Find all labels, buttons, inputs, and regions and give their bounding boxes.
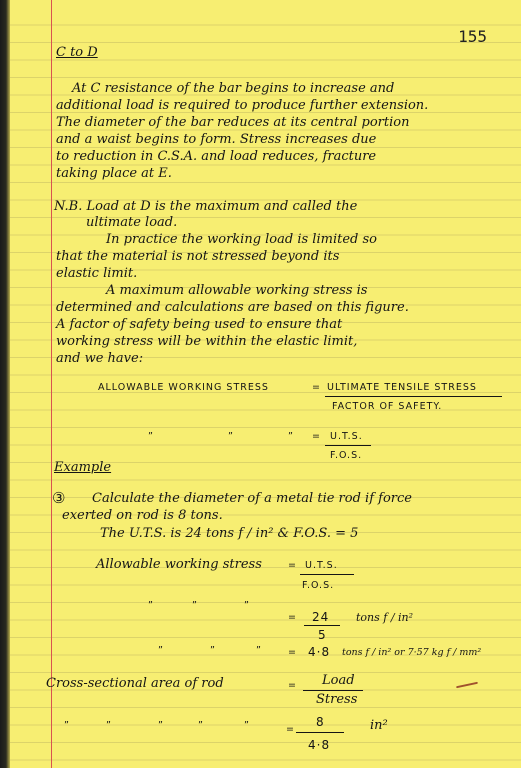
formula-numerator: ULTIMATE TENSILE STRESS: [327, 382, 477, 393]
step2-numerator: 24: [312, 610, 329, 624]
text-line: At C resistance of the bar begins to inc…: [72, 82, 394, 96]
formula-lhs: ALLOWABLE WORKING STRESS: [98, 382, 269, 393]
ditto-mark: ”: [256, 645, 262, 656]
text-line: ultimate load.: [86, 216, 177, 230]
text-line: and we have:: [56, 352, 143, 366]
fraction-bar: [325, 396, 502, 397]
example-number: ③: [52, 491, 65, 505]
text-line: determined and calculations are based on…: [56, 301, 409, 315]
text-line: taking place at E.: [56, 167, 172, 181]
ditto-mark: ”: [158, 645, 164, 656]
ditto-mark: ”: [192, 600, 198, 611]
formula-denominator: FACTOR OF SAFETY.: [332, 401, 442, 412]
text-line: exerted on rod is 8 tons.: [62, 509, 223, 523]
step5-denominator: 4·8: [308, 738, 330, 752]
check-mark-icon: [456, 682, 478, 689]
text-line: A maximum allowable working stress is: [106, 284, 367, 298]
page-number: 155: [458, 27, 487, 46]
text-line: In practice the working load is limited …: [106, 233, 377, 247]
fraction-bar: [296, 732, 344, 733]
step1-lhs: Allowable working stress: [96, 558, 262, 572]
text-line: N.B. Load at D is the maximum and called…: [54, 200, 357, 214]
text-line: and a waist begins to form. Stress incre…: [56, 133, 376, 147]
step1-eq: =: [288, 560, 297, 571]
formula-eq: =: [312, 431, 321, 442]
step3-value: 4·8: [308, 645, 330, 659]
fraction-bar: [325, 445, 371, 446]
ditto-mark: ”: [148, 600, 154, 611]
fraction-bar: [300, 574, 354, 575]
example-heading: Example: [54, 461, 111, 475]
ditto-mark: ”: [158, 720, 164, 731]
text-line: elastic limit.: [56, 267, 137, 281]
notebook-page: 155 C to D At C resistance of the bar be…: [0, 0, 521, 768]
step3-unit: tons f / in² or 7·57 kg f / mm²: [342, 646, 481, 660]
text-line: Calculate the diameter of a metal tie ro…: [92, 492, 412, 506]
ditto-mark: ”: [244, 600, 250, 611]
ditto-mark: ”: [64, 720, 70, 731]
formula-eq: =: [312, 382, 321, 393]
section-heading: C to D: [56, 46, 98, 60]
formula-denominator: F.O.S.: [330, 450, 362, 461]
step2-unit: tons f / in²: [356, 611, 413, 625]
text-line: additional load is required to produce f…: [56, 99, 428, 113]
ditto-mark: ”: [210, 645, 216, 656]
step3-eq: =: [288, 647, 297, 658]
text-line: to reduction in C.S.A. and load reduces,…: [56, 150, 376, 164]
formula-numerator: U.T.S.: [330, 431, 363, 442]
fraction-bar: [304, 625, 340, 626]
ditto-mark: ”: [244, 720, 250, 731]
step5-unit: in²: [370, 719, 388, 733]
text-line: A factor of safety being used to ensure …: [56, 318, 342, 332]
ditto-mark: ”: [148, 431, 154, 442]
step2-eq: =: [288, 612, 297, 623]
text-line: that the material is not stressed beyond…: [56, 250, 339, 264]
step4-numerator: Load: [322, 674, 355, 688]
step5-numerator: 8: [316, 715, 325, 729]
step4-eq: =: [288, 680, 297, 691]
ditto-mark: ”: [228, 431, 234, 442]
step4-lhs: Cross-sectional area of rod: [46, 677, 224, 691]
step1-numerator: U.T.S.: [305, 560, 338, 571]
ditto-mark: ”: [288, 431, 294, 442]
step5-eq: =: [286, 724, 295, 735]
text-line: The diameter of the bar reduces at its c…: [56, 116, 409, 130]
notebook-binding: [0, 0, 10, 768]
fraction-bar: [303, 690, 363, 691]
step2-denominator: 5: [318, 628, 327, 642]
step4-denominator: Stress: [316, 693, 357, 707]
given-line: The U.T.S. is 24 tons f / in² & F.O.S. =…: [100, 527, 358, 541]
margin-line: [51, 0, 52, 768]
ditto-mark: ”: [106, 720, 112, 731]
ditto-mark: ”: [198, 720, 204, 731]
step1-denominator: F.O.S.: [302, 580, 334, 591]
text-line: working stress will be within the elasti…: [56, 335, 357, 349]
